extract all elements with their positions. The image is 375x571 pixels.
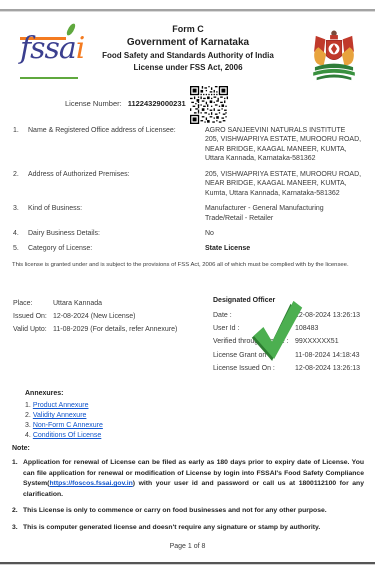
note-number: 2.: [12, 506, 23, 517]
issued-label: License Issued On :: [213, 362, 295, 375]
field-number: 4.: [13, 229, 28, 238]
field-label: Address of Authorized Premises:: [28, 170, 205, 198]
conditions-of-license-link[interactable]: Conditions Of License: [33, 432, 101, 439]
issue-details: Place: Uttara Kannada Issued On: 12-08-2…: [13, 297, 177, 336]
document-header: Form C Government of Karnataka Food Safe…: [88, 24, 288, 72]
note-item-computer-generated: 3. This is computer generated license an…: [12, 523, 364, 534]
field-value: 205, VISHWAPRIYA ESTATE, MUROORU ROAD, N…: [205, 170, 365, 198]
annexures-section: Annexures: 1.Product Annexure 2.Validity…: [25, 389, 103, 441]
foscos-url-link[interactable]: https://foscos.fssai.gov.in: [49, 480, 132, 487]
field-kind-of-business: 3. Kind of Business: Manufacturer - Gene…: [13, 204, 365, 223]
notes-section: 1. Application for renewal of License ca…: [12, 458, 364, 539]
annexure-number: 2.: [25, 412, 31, 419]
validity-annexure-link[interactable]: Validity Annexure: [33, 412, 87, 419]
karnataka-emblem-icon: [308, 26, 360, 84]
valid-upto-value: 11-08-2029 (For details, refer Annexure): [53, 323, 177, 336]
product-annexure-link[interactable]: Product Annexure: [33, 402, 89, 409]
fssai-wordmark-orange: i: [76, 31, 85, 66]
field-value: No: [205, 229, 365, 238]
license-number-label: License Number:: [65, 99, 122, 108]
note-item-renewal: 1. Application for renewal of License ca…: [12, 458, 364, 500]
issued-on-row: Issued On: 12-08-2024 (New License): [13, 310, 177, 323]
annexure-item-conditions: 4.Conditions Of License: [25, 431, 103, 441]
page-number: Page 1 of 8: [0, 543, 375, 550]
field-dairy-business: 4. Dairy Business Details: No: [13, 229, 365, 238]
field-number: 5.: [13, 244, 28, 253]
annexures-heading: Annexures:: [25, 389, 103, 399]
note-text: Application for renewal of License can b…: [23, 458, 364, 500]
annexure-number: 4.: [25, 432, 31, 439]
annexure-item-validity: 2.Validity Annexure: [25, 411, 103, 421]
note-text: This is computer generated license and d…: [23, 523, 364, 534]
note-number: 1.: [12, 458, 23, 500]
note-item-purpose: 2. This License is only to commence or c…: [12, 506, 364, 517]
note-text: This License is only to commence or carr…: [23, 506, 364, 517]
place-label: Place:: [13, 297, 53, 310]
authority-title: Food Safety and Standards Authority of I…: [88, 51, 288, 60]
government-title: Government of Karnataka: [88, 37, 288, 48]
fssai-logo-wordmark: fssai: [20, 34, 84, 64]
field-label: Kind of Business:: [28, 204, 205, 223]
license-fields: 1. Name & Registered Office address of L…: [13, 126, 365, 260]
license-disclaimer: This license is granted under and is sub…: [12, 262, 362, 270]
annexure-item-nonformc: 3.Non-Form C Annexure: [25, 421, 103, 431]
note-number: 3.: [12, 523, 23, 534]
form-title: Form C: [88, 24, 288, 34]
field-number: 2.: [13, 170, 28, 198]
field-label: Category of License:: [28, 244, 205, 253]
place-value: Uttara Kannada: [53, 297, 177, 310]
license-number-row: License Number:11224329000231: [65, 99, 186, 108]
valid-upto-row: Valid Upto: 11-08-2029 (For details, ref…: [13, 323, 177, 336]
field-license-category: 5. Category of License: State License: [13, 244, 365, 253]
field-number: 1.: [13, 126, 28, 164]
annexure-number: 3.: [25, 422, 31, 429]
annexure-item-product: 1.Product Annexure: [25, 401, 103, 411]
field-label: Dairy Business Details:: [28, 229, 205, 238]
fssai-logo: fssai: [18, 22, 84, 82]
field-value: AGRO SANJEEVINI NATURALS INSTITUTE 205, …: [205, 126, 365, 164]
verified-checkmark-icon: [248, 297, 306, 361]
field-number: 3.: [13, 204, 28, 223]
field-value: Manufacturer - General Manufacturing Tra…: [205, 204, 365, 223]
annexure-number: 1.: [25, 402, 31, 409]
field-label: Name & Registered Office address of Lice…: [28, 126, 205, 164]
top-divider: [0, 9, 375, 12]
field-premises-address: 2. Address of Authorized Premises: 205, …: [13, 170, 365, 198]
fssai-wordmark-blue: fssa: [20, 31, 76, 66]
non-form-c-annexure-link[interactable]: Non-Form C Annexure: [33, 422, 103, 429]
field-value: State License: [205, 244, 365, 253]
officer-issued-row: License Issued On : 12-08-2024 13:26:13: [213, 362, 368, 375]
field-licensee-address: 1. Name & Registered Office address of L…: [13, 126, 365, 164]
issued-on-value: 12-08-2024 (New License): [53, 310, 177, 323]
license-document-page: fssai Form C Government of Karnataka Foo…: [0, 0, 375, 571]
place-row: Place: Uttara Kannada: [13, 297, 177, 310]
bottom-divider: [0, 562, 375, 565]
valid-upto-label: Valid Upto:: [13, 323, 53, 336]
qr-code-icon: [190, 86, 228, 124]
license-number-value: 11224329000231: [128, 99, 186, 108]
issued-value: 12-08-2024 13:26:13: [295, 362, 368, 375]
fssai-logo-green-bar: [20, 77, 78, 80]
issued-on-label: Issued On:: [13, 310, 53, 323]
note-heading: Note:: [12, 445, 30, 452]
act-line: License under FSS Act, 2006: [88, 63, 288, 72]
